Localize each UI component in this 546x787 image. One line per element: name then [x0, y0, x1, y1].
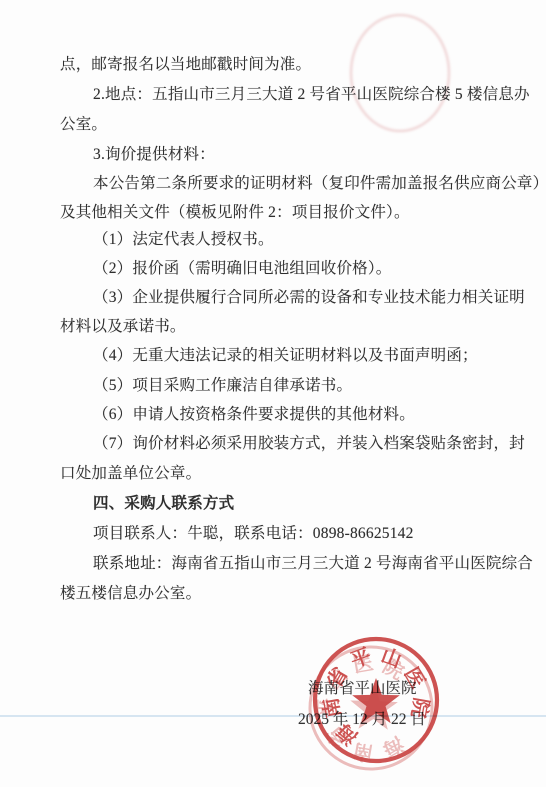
text-line: （6）申请人按资格条件要求提供的其他材料。 [93, 405, 415, 424]
document-page: 点，邮寄报名以当地邮戳时间为准。2.地点：五指山市三月三大道 2 号省平山医院综… [0, 0, 546, 787]
text-line: 材料以及承诺书。 [60, 317, 186, 336]
text-line: 楼五楼信息办公室。 [60, 584, 201, 603]
text-line: 本公告第二条所要求的证明材料（复印件需加盖报名供应商公章） [93, 174, 546, 193]
text-line: 点，邮寄报名以当地邮戳时间为准。 [60, 55, 311, 74]
text-line: 四、采购人联系方式 [93, 494, 234, 513]
text-line: 口处加盖单位公章。 [60, 464, 201, 483]
faint-seal-impression [350, 14, 450, 132]
seal-character: 南 [319, 696, 345, 720]
text-line: （7）询价材料必须采用胶装方式，并装入档案袋贴条密封，封 [93, 434, 525, 453]
text-line: （4）无重大违法记录的相关证明材料以及书面声明函； [93, 346, 478, 365]
text-line: 3.询价提供材料： [93, 145, 215, 164]
scan-artifact-line [0, 715, 546, 717]
seal-character: 院 [407, 696, 434, 720]
text-line: 联系地址：海南省五指山市三月三大道 2 号海南省平山医院综合 [93, 554, 533, 573]
text-line: 项目联系人：牛聪，联系电话：0898-86625142 [93, 524, 414, 543]
text-line: 2.地点：五指山市三月三大道 2 号省平山医院综合楼 5 楼信息办 [93, 85, 530, 104]
text-line: （2）报价函（需明确旧电池组回收价格）。 [93, 259, 392, 278]
text-line: （3）企业提供履行合同所必需的设备和专业技术能力相关证明 [93, 288, 525, 307]
official-seal-icon: 海南省平山医院 海南省平山医院 [306, 632, 446, 772]
text-line: （5）项目采购工作廉洁自律承诺书。 [93, 376, 352, 395]
text-line: 及其他相关文件（模板见附件 2：项目报价文件）。 [60, 203, 410, 222]
text-line: 公室。 [60, 115, 107, 134]
text-line: （1）法定代表人授权书。 [93, 230, 274, 249]
